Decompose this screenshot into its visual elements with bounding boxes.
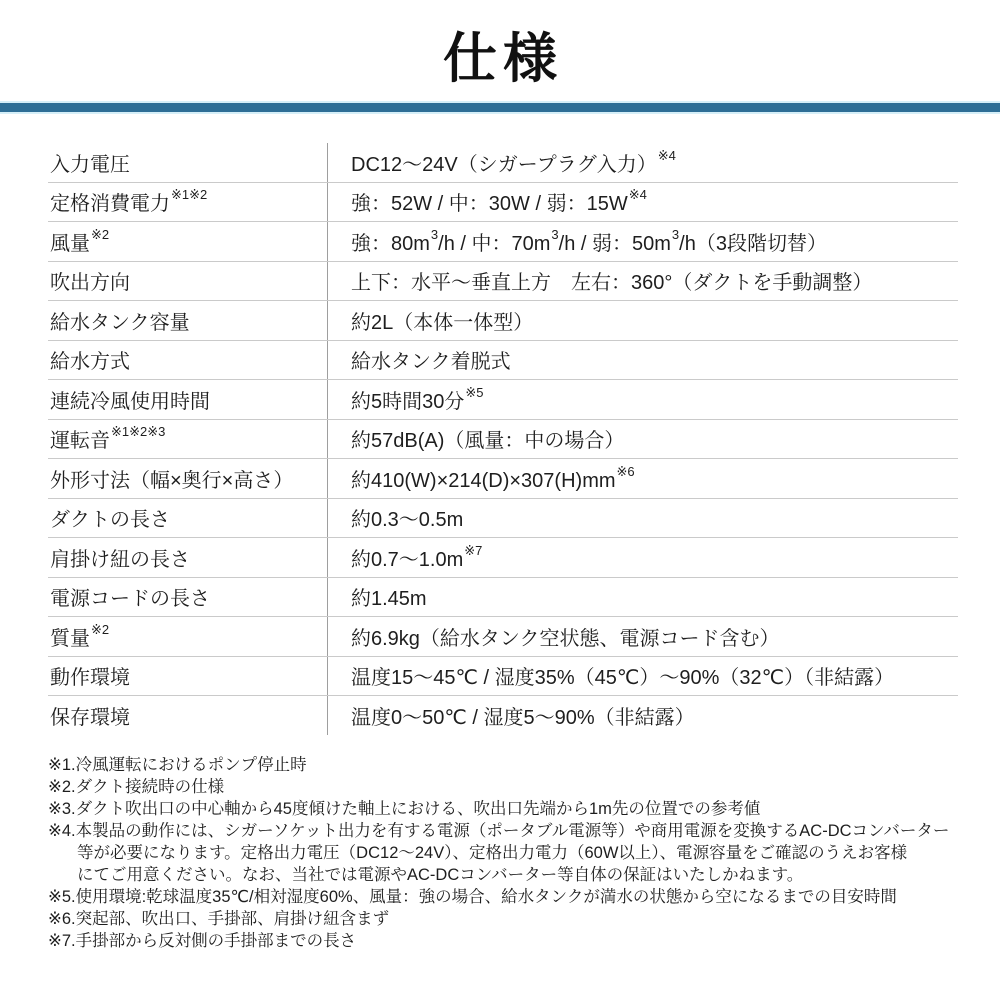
footnote-marker: ※4 — [658, 149, 676, 162]
text-segment: 温度15～45℃ / 湿度35%（45℃）～90%（32℃）（非結露） — [351, 661, 894, 690]
text-segment: 温度0～50℃ / 湿度5～90%（非結露） — [351, 701, 695, 730]
spec-label-cell: 動作環境 — [48, 657, 328, 696]
footnote-line: ※4.本製品の動作には、シガーソケット出力を有する電源（ポータブル電源等）や商用… — [48, 820, 970, 842]
text-segment: 保存環境 — [50, 701, 130, 730]
text-segment: 給水タンク着脱式 — [351, 345, 511, 374]
footnote-line: ※1.冷風運転におけるポンプ停止時 — [48, 754, 970, 776]
footnote-line: ※5.使用環境:乾球温度35℃/相対湿度60%、風量：強の場合、給水タンクが満水… — [48, 886, 970, 908]
spec-value-cell: 約0.3～0.5m — [328, 499, 958, 538]
spec-label-cell: 質量※2 — [48, 617, 328, 656]
text-segment: 約6.9kg（給水タンク空状態、電源コード含む） — [351, 622, 780, 651]
spec-label-cell: 連続冷風使用時間 — [48, 380, 328, 419]
spec-sheet-page: 仕様 入力電圧DC12～24V（シガープラグ入力）※4定格消費電力※1※2強：5… — [0, 0, 1000, 1000]
footnote-marker: ※7 — [464, 544, 482, 557]
spec-label-cell: 運転音※1※2※3 — [48, 420, 328, 459]
spec-value-cell: 給水タンク着脱式 — [328, 341, 958, 380]
table-row: ダクトの長さ約0.3～0.5m — [48, 498, 958, 538]
spec-label-cell: 肩掛け紐の長さ — [48, 538, 328, 577]
text-segment: ダクトの長さ — [50, 503, 170, 532]
table-row: 外形寸法（幅×奥行×高さ）約410(W)×214(D)×307(H)mm※6 — [48, 458, 958, 498]
table-row: 電源コードの長さ約1.45m — [48, 577, 958, 617]
table-row: 保存環境温度0～50℃ / 湿度5～90%（非結露） — [48, 695, 958, 735]
footnote-line: にてご用意ください。なお、当社では電源やAC-DCコンバーター等自体の保証はいた… — [48, 864, 970, 886]
table-row: 吹出方向上下：水平～垂直上方 左右：360°（ダクトを手動調整） — [48, 261, 958, 301]
spec-label-cell: 保存環境 — [48, 696, 328, 735]
text-segment: 入力電圧 — [50, 148, 130, 177]
spec-value-cell: 約6.9kg（給水タンク空状態、電源コード含む） — [328, 617, 958, 656]
table-row: 定格消費電力※1※2強：52W / 中：30W / 弱：15W※4 — [48, 182, 958, 222]
table-row: 連続冷風使用時間約5時間30分※5 — [48, 379, 958, 419]
spec-label-cell: 給水タンク容量 — [48, 301, 328, 340]
text-segment: 定格消費電力 — [50, 187, 170, 216]
footnote-marker: ※1※2 — [171, 188, 207, 201]
spec-value-cell: 約410(W)×214(D)×307(H)mm※6 — [328, 459, 958, 498]
spec-table: 入力電圧DC12～24V（シガープラグ入力）※4定格消費電力※1※2強：52W … — [48, 143, 958, 735]
footnote-line: 等が必要になります。定格出力電圧（DC12～24V）、定格出力電力（60W以上）… — [48, 842, 970, 864]
footnote-line: ※2.ダクト接続時の仕様 — [48, 776, 970, 798]
text-segment: 運転音 — [50, 424, 110, 453]
text-segment: 約5時間30分 — [351, 385, 464, 414]
text-segment: 約57dB(A)（風量：中の場合） — [351, 424, 624, 453]
text-segment: 強：80m — [351, 227, 430, 256]
text-segment: 約1.45m — [351, 582, 427, 611]
table-row: 動作環境温度15～45℃ / 湿度35%（45℃）～90%（32℃）（非結露） — [48, 656, 958, 696]
table-row: 肩掛け紐の長さ約0.7～1.0m※7 — [48, 537, 958, 577]
spec-label-cell: ダクトの長さ — [48, 499, 328, 538]
text-segment: 連続冷風使用時間 — [50, 385, 210, 414]
footnote-marker: ※2 — [91, 228, 109, 241]
text-segment: 約410(W)×214(D)×307(H)mm — [351, 464, 616, 493]
text-segment: 動作環境 — [50, 661, 130, 690]
spec-value-cell: 温度0～50℃ / 湿度5～90%（非結露） — [328, 696, 958, 735]
footnote-marker: 3 — [672, 228, 679, 241]
spec-value-cell: 上下：水平～垂直上方 左右：360°（ダクトを手動調整） — [328, 262, 958, 301]
spec-value-cell: 約1.45m — [328, 578, 958, 617]
text-segment: /h / 中：70m — [438, 227, 550, 256]
footnote-line: ※3.ダクト吹出口の中心軸から45度傾けた軸上における、吹出口先端から1m先の位… — [48, 798, 970, 820]
table-row: 質量※2約6.9kg（給水タンク空状態、電源コード含む） — [48, 616, 958, 656]
text-segment: 電源コードの長さ — [50, 582, 210, 611]
footnote-marker: 3 — [431, 228, 438, 241]
spec-label-cell: 外形寸法（幅×奥行×高さ） — [48, 459, 328, 498]
footnote-marker: ※2 — [91, 623, 109, 636]
table-row: 風量※2強：80m3/h / 中：70m3/h / 弱：50m3/h（3段階切替… — [48, 221, 958, 261]
spec-value-cell: 約2L（本体一体型） — [328, 301, 958, 340]
table-row: 給水タンク容量約2L（本体一体型） — [48, 300, 958, 340]
footnote-marker: ※1※2※3 — [111, 425, 165, 438]
text-segment: DC12～24V（シガープラグ入力） — [351, 148, 657, 177]
spec-value-cell: 温度15～45℃ / 湿度35%（45℃）～90%（32℃）（非結露） — [328, 657, 958, 696]
spec-label-cell: 風量※2 — [48, 222, 328, 261]
footnote-line: ※6.突起部、吹出口、手掛部、肩掛け紐含まず — [48, 908, 970, 930]
spec-value-cell: 強：52W / 中：30W / 弱：15W※4 — [328, 183, 958, 222]
text-segment: 約0.3～0.5m — [351, 503, 463, 532]
text-segment: 約2L（本体一体型） — [351, 306, 533, 335]
text-segment: /h / 弱：50m — [559, 227, 671, 256]
text-segment: 給水方式 — [50, 345, 130, 374]
title-accent-bar — [0, 101, 1000, 114]
spec-label-cell: 吹出方向 — [48, 262, 328, 301]
spec-label-cell: 電源コードの長さ — [48, 578, 328, 617]
table-row: 入力電圧DC12～24V（シガープラグ入力）※4 — [48, 143, 958, 182]
text-segment: 肩掛け紐の長さ — [50, 543, 190, 572]
page-title: 仕様 — [0, 0, 1000, 90]
text-segment: 質量 — [50, 622, 90, 651]
spec-value-cell: 約57dB(A)（風量：中の場合） — [328, 420, 958, 459]
spec-label-cell: 定格消費電力※1※2 — [48, 183, 328, 222]
spec-label-cell: 給水方式 — [48, 341, 328, 380]
table-row: 運転音※1※2※3約57dB(A)（風量：中の場合） — [48, 419, 958, 459]
footnotes-section: ※1.冷風運転におけるポンプ停止時※2.ダクト接続時の仕様※3.ダクト吹出口の中… — [48, 754, 970, 952]
table-row: 給水方式給水タンク着脱式 — [48, 340, 958, 380]
text-segment: 上下：水平～垂直上方 左右：360°（ダクトを手動調整） — [351, 266, 872, 295]
footnote-marker: ※5 — [465, 386, 483, 399]
footnote-line: ※7.手掛部から反対側の手掛部までの長さ — [48, 930, 970, 952]
spec-value-cell: DC12～24V（シガープラグ入力）※4 — [328, 143, 958, 182]
text-segment: 風量 — [50, 227, 90, 256]
text-segment: 強：52W / 中：30W / 弱：15W — [351, 187, 628, 216]
footnote-marker: 3 — [551, 228, 558, 241]
spec-label-cell: 入力電圧 — [48, 143, 328, 182]
footnote-marker: ※4 — [629, 188, 647, 201]
spec-value-cell: 約0.7～1.0m※7 — [328, 538, 958, 577]
text-segment: 約0.7～1.0m — [351, 543, 463, 572]
text-segment: 給水タンク容量 — [50, 306, 190, 335]
spec-value-cell: 約5時間30分※5 — [328, 380, 958, 419]
text-segment: 外形寸法（幅×奥行×高さ） — [50, 464, 293, 493]
footnote-marker: ※6 — [617, 465, 635, 478]
text-segment: 吹出方向 — [50, 266, 130, 295]
spec-value-cell: 強：80m3/h / 中：70m3/h / 弱：50m3/h（3段階切替） — [328, 222, 958, 261]
text-segment: /h（3段階切替） — [679, 227, 827, 256]
